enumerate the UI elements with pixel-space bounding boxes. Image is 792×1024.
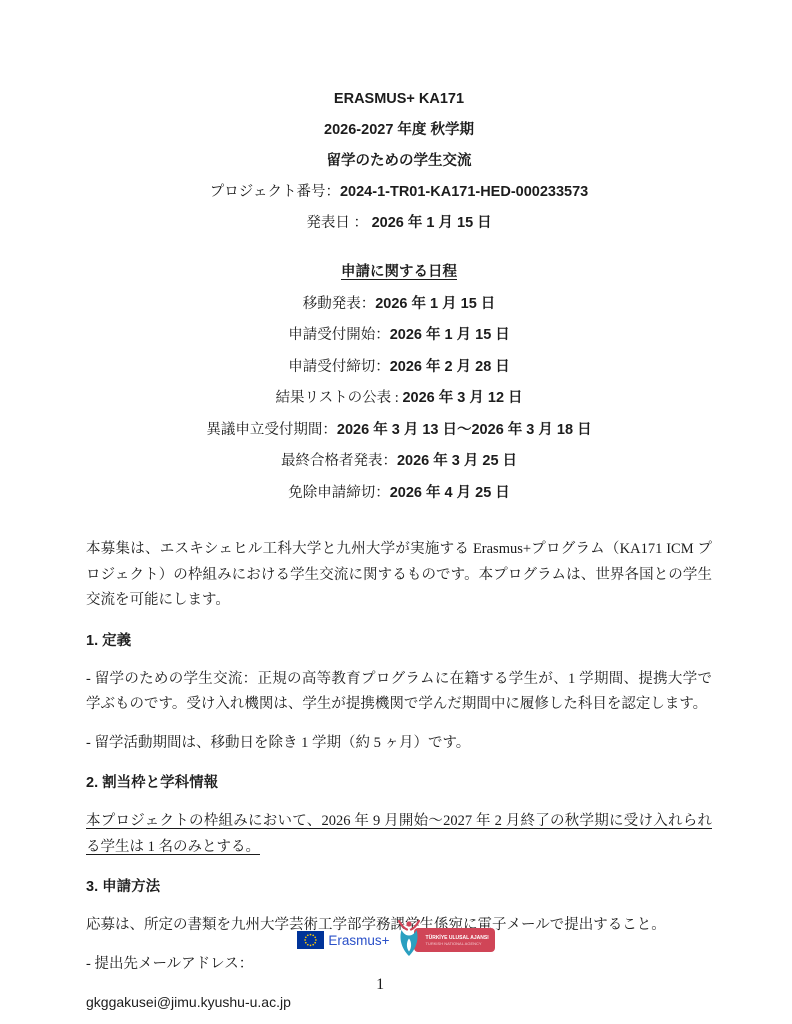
- page-number: 1: [0, 975, 760, 995]
- schedule-row-application-open: 申請受付開始：2026 年 1 月 15 日: [86, 320, 712, 352]
- erasmus-plus-label: Erasmus+: [328, 933, 389, 948]
- schedule-row-application-deadline: 申請受付締切：2026 年 2 月 28 日: [86, 352, 712, 384]
- agency-figure-icon: [397, 918, 421, 962]
- schedule-row-objection-period: 異議申立受付期間：2026 年 3 月 13 日～2026 年 3 月 18 日: [86, 415, 712, 447]
- project-number-line: プロジェクト番号：2024-1-TR01-KA171-HED-000233573: [86, 177, 712, 208]
- header-title-line-2: 2026-2027 年度 秋学期: [86, 115, 712, 146]
- agency-name-badge: TÜRKİYE ULUSAL AJANSI TURKISH NATIONAL A…: [414, 928, 495, 952]
- section-heading-application-method: 3. 申請方法: [86, 875, 712, 900]
- schedule-section: 申請に関する日程 移動発表：2026 年 1 月 15 日 申請受付開始：202…: [86, 257, 712, 509]
- intro-paragraph: 本募集は、エスキシェヒル工科大学と九州大学が実施する Erasmus+プログラム…: [86, 537, 712, 614]
- document-header: ERASMUS+ KA171 2026-2027 年度 秋学期 留学のための学生…: [86, 84, 712, 239]
- section-heading-quota: 2. 割当枠と学科情報: [86, 771, 712, 796]
- schedule-row-results: 結果リストの公表 : 2026 年 3 月 12 日: [86, 383, 712, 415]
- definitions-paragraph-2: - 留学活動期間は、移動日を除き 1 学期（約 5 ヶ月）です。: [86, 731, 712, 757]
- agency-name-english: TURKISH NATIONAL AGENCY: [426, 941, 489, 946]
- document-page: ERASMUS+ KA171 2026-2027 年度 秋学期 留学のための学生…: [0, 0, 792, 1024]
- schedule-row-mobility: 移動発表：2026 年 1 月 15 日: [86, 289, 712, 321]
- project-number-value: 2024-1-TR01-KA171-HED-000233573: [340, 184, 588, 200]
- definitions-paragraph-1: - 留学のための学生交流：正規の高等教育プログラムに在籍する学生が、1 学期間、…: [86, 667, 712, 718]
- header-title-line-3: 留学のための学生交流: [86, 146, 712, 177]
- project-number-label: プロジェクト番号：: [210, 184, 340, 200]
- schedule-row-waiver-deadline: 免除申請締切：2026 年 4 月 25 日: [86, 478, 712, 510]
- eu-flag-icon: [297, 931, 324, 949]
- turkish-national-agency-logo: TÜRKİYE ULUSAL AJANSI TURKISH NATIONAL A…: [397, 918, 495, 962]
- erasmus-plus-logo: Erasmus+: [297, 931, 389, 949]
- schedule-title: 申請に関する日程: [86, 257, 712, 289]
- announcement-date-label: 発表日 ：: [306, 215, 371, 231]
- section-heading-definitions: 1. 定義: [86, 629, 712, 654]
- header-title-line-1: ERASMUS+ KA171: [86, 84, 712, 115]
- document-content: ERASMUS+ KA171 2026-2027 年度 秋学期 留学のための学生…: [0, 0, 792, 1016]
- quota-underlined-paragraph: 本プロジェクトの枠組みにおいて、2026 年 9 月開始～2027 年 2 月終…: [86, 809, 712, 860]
- footer-logos: Erasmus+ TÜRKİYE ULUSAL AJANSI TURKISH N…: [0, 918, 792, 962]
- announcement-date-value: 2026 年 1 月 15 日: [372, 215, 492, 231]
- announcement-date-line: 発表日 ： 2026 年 1 月 15 日: [86, 208, 712, 239]
- schedule-row-final-results: 最終合格者発表：2026 年 3 月 25 日: [86, 446, 712, 478]
